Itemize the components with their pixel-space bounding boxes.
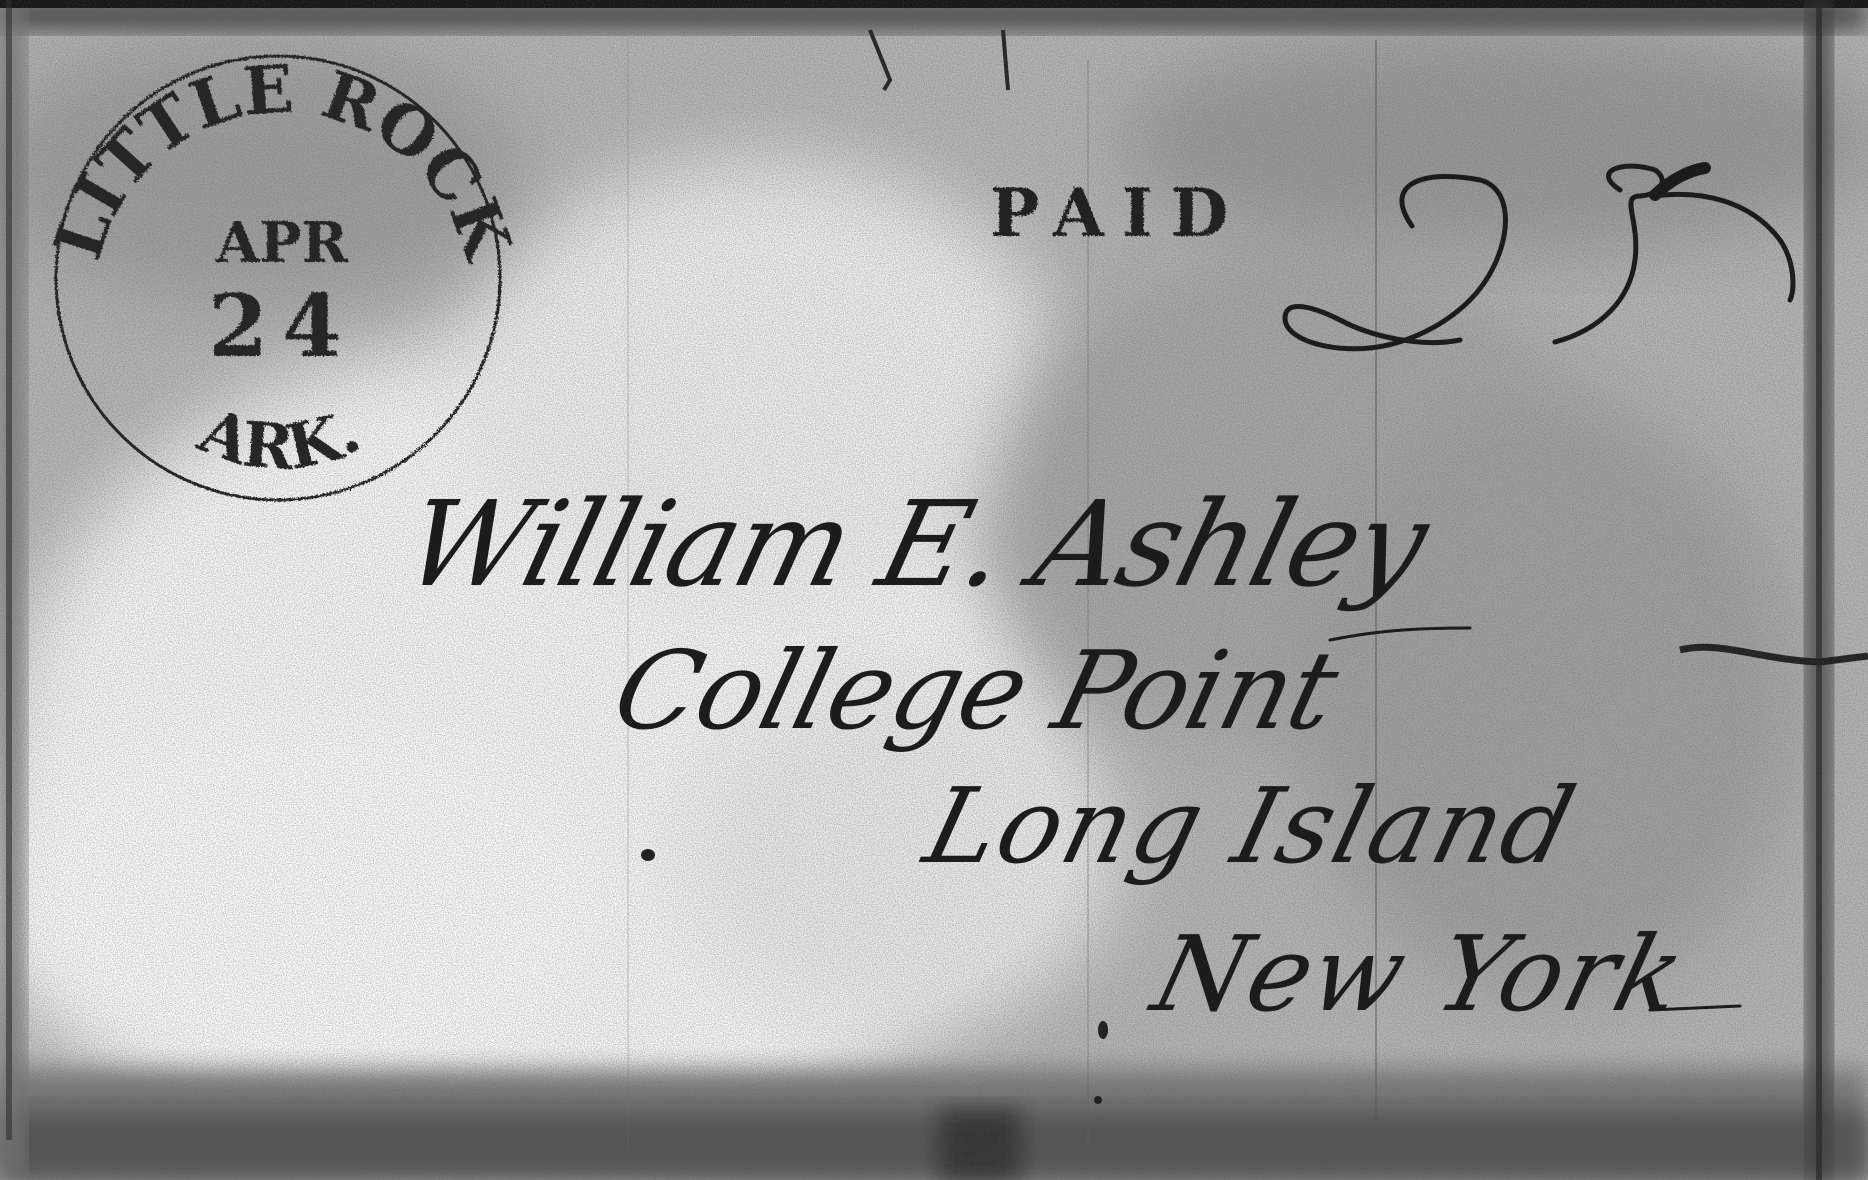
address-island: Long Island [912, 765, 1588, 886]
envelope-scan: LITTLE ROCK ARK. APR 24 PAID William E. … [0, 0, 1868, 1180]
address-recipient: William E. Ashley [392, 477, 1442, 614]
postmark-day-stamp: 24 [208, 276, 356, 377]
paid-stamp: PAID [990, 174, 1246, 252]
postmark-month-stamp: APR [215, 210, 349, 276]
address-state: New York [1139, 913, 1698, 1034]
address-town: College Point [602, 628, 1351, 754]
